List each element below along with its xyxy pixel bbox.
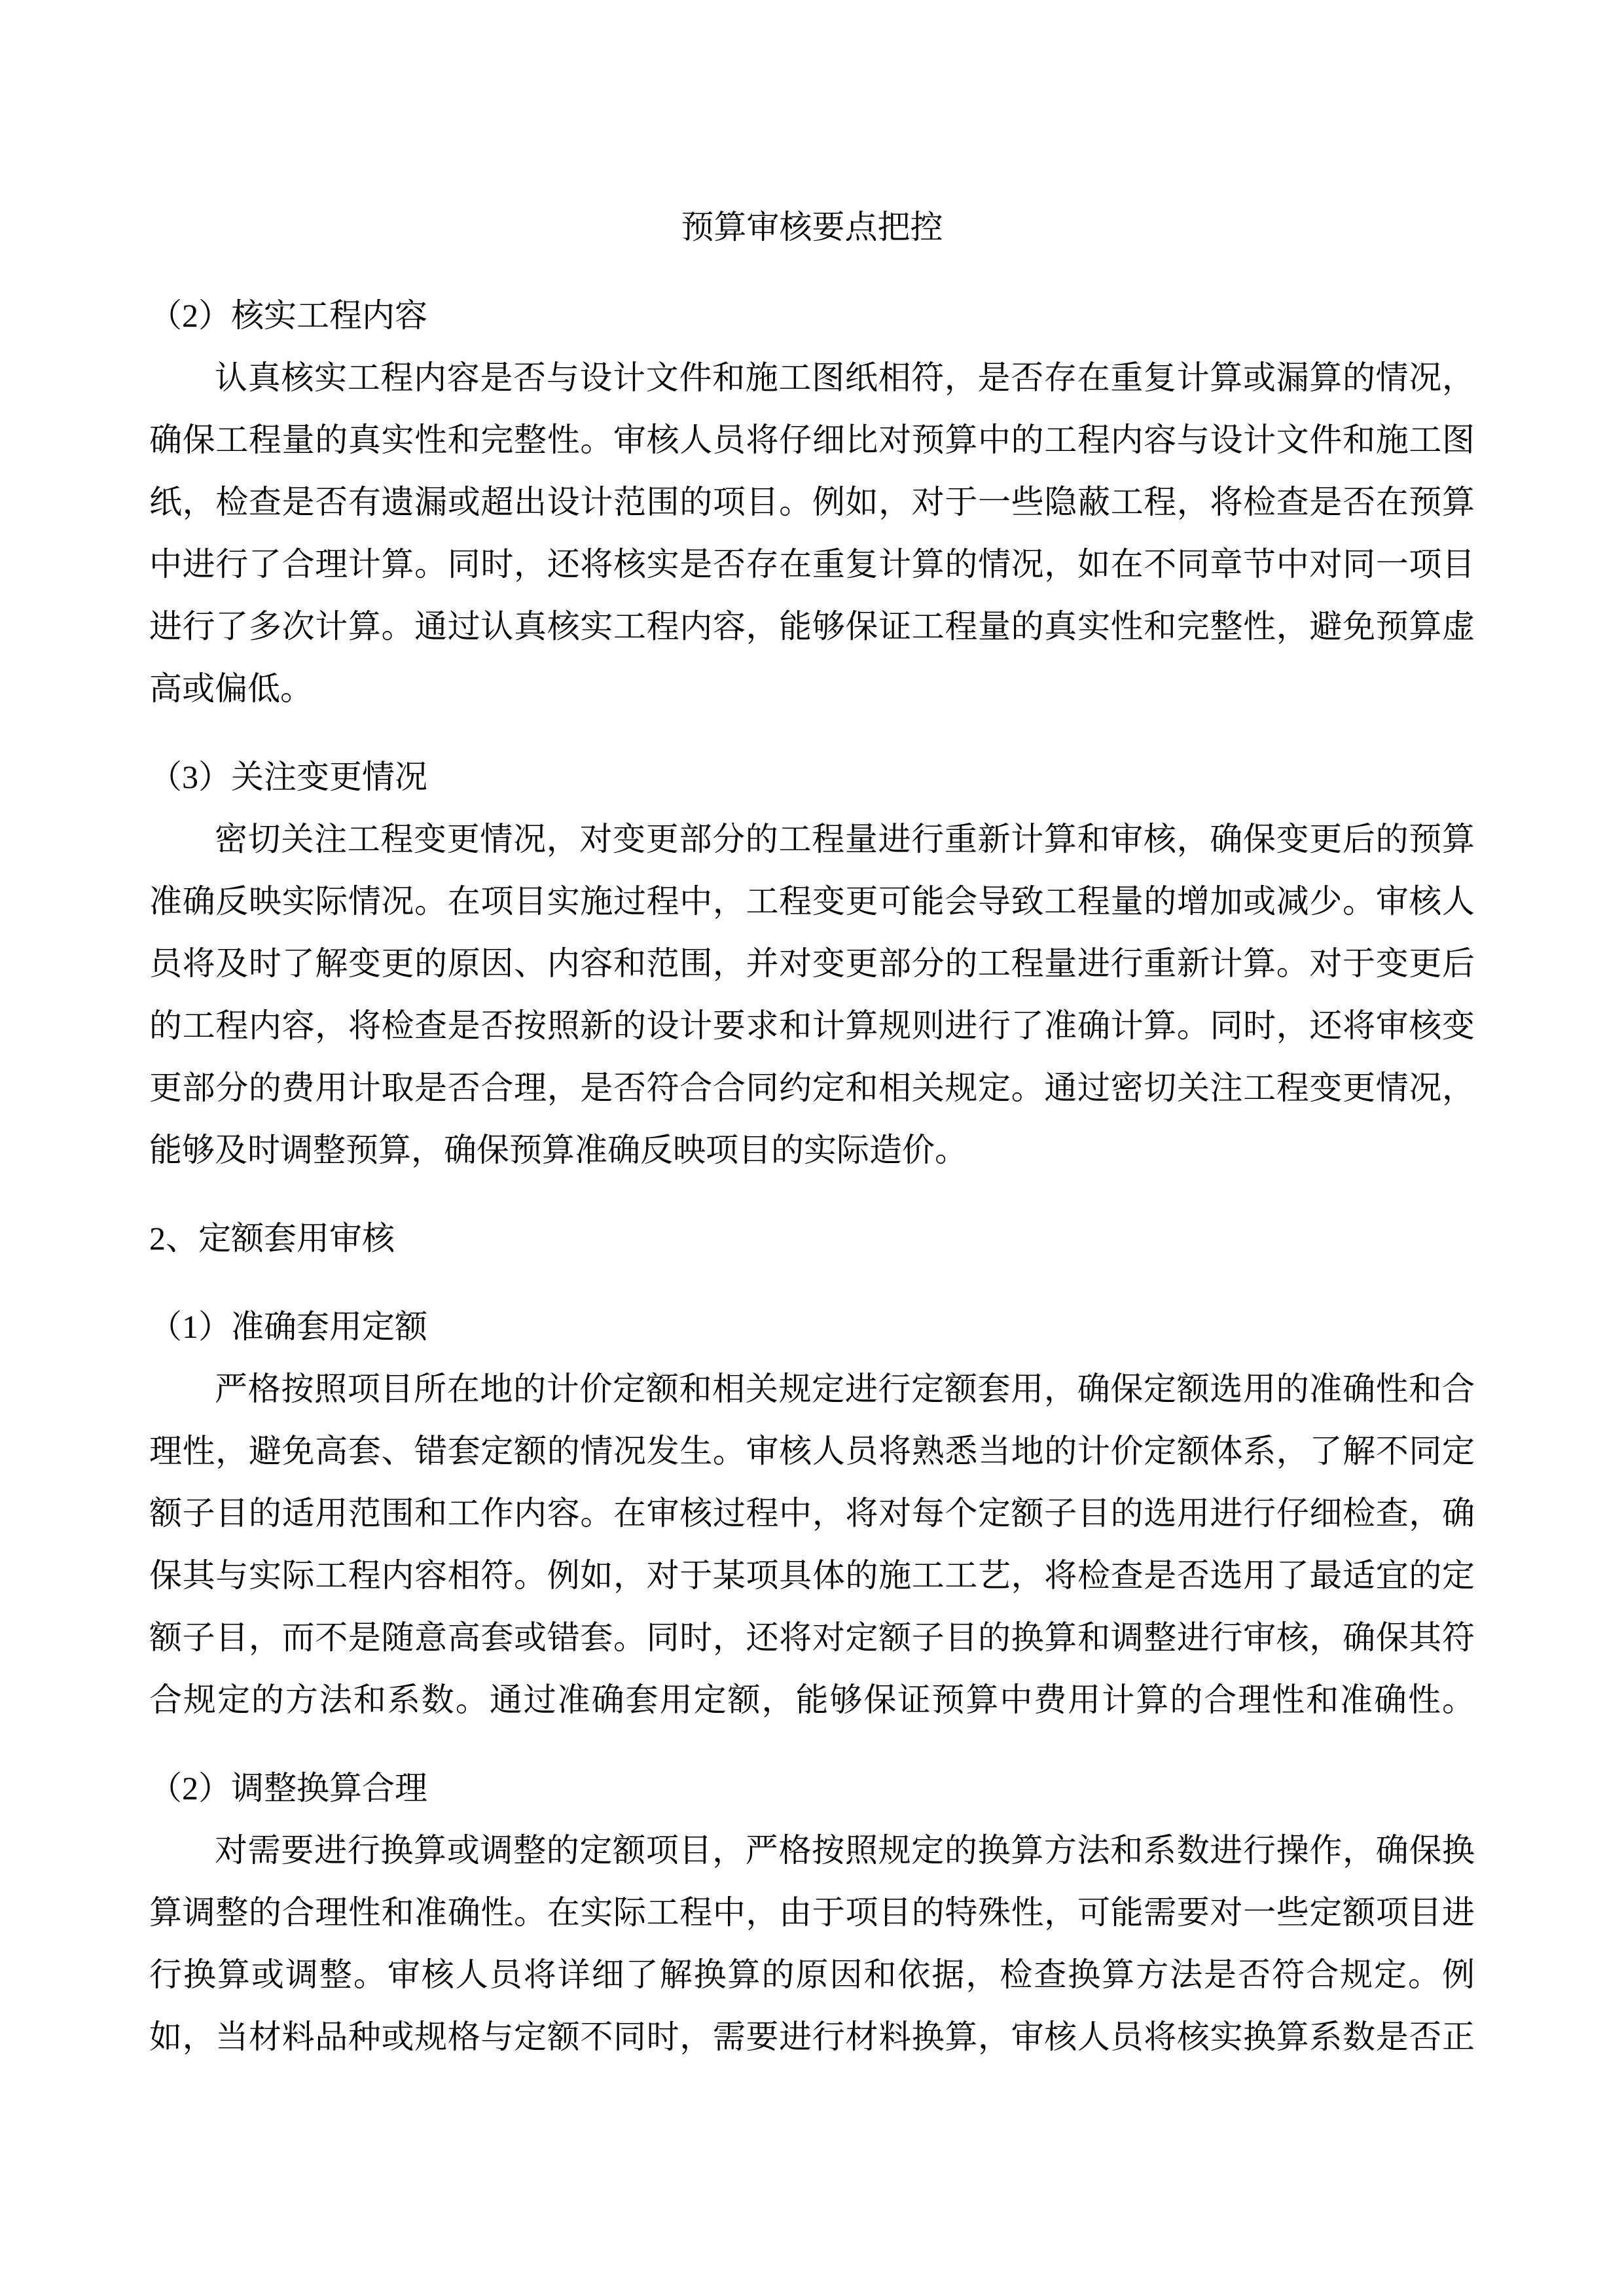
text-line: 能够及时调整预算，确保预算准确反映项目的实际造价。 <box>149 1119 1475 1181</box>
text-line: 高或偏低。 <box>149 658 1475 720</box>
text-line: 确保工程量的真实性和完整性。审核人员将仔细比对预算中的工程内容与设计文件和施工图 <box>149 409 1475 471</box>
text-line: 准确反映实际情况。在项目实施过程中，工程变更可能会导致工程量的增加或减少。审核人 <box>149 870 1475 933</box>
heading-verify-project-content: （2）核实工程内容 <box>149 285 1475 347</box>
text-line: 保其与实际工程内容相符。例如，对于某项具体的施工工艺，将检查是否选用了最适宜的定 <box>149 1545 1475 1607</box>
paragraph-accurate-quota-application: 严格按照项目所在地的计价定额和相关规定进行定额套用，确保定额选用的准确性和合 理… <box>149 1358 1475 1731</box>
text-line: 纸，检查是否有遗漏或超出设计范围的项目。例如，对于一些隐蔽工程，将检查是否在预算 <box>149 471 1475 533</box>
paragraph-reasonable-adjustment-conversion: 对需要进行换算或调整的定额项目，严格按照规定的换算方法和系数进行操作，确保换 算… <box>149 1820 1475 2068</box>
text-line: 认真核实工程内容是否与设计文件和施工图纸相符，是否存在重复计算或漏算的情况， <box>149 347 1475 409</box>
heading-reasonable-adjustment-conversion: （2）调整换算合理 <box>149 1757 1475 1820</box>
text-line: 算调整的合理性和准确性。在实际工程中，由于项目的特殊性，可能需要对一些定额项目进 <box>149 1882 1475 1944</box>
text-line: 合规定的方法和系数。通过准确套用定额，能够保证预算中费用计算的合理性和准确性。 <box>149 1669 1475 1731</box>
text-line: 额子目，而不是随意高套或错套。同时，还将对定额子目的换算和调整进行审核，确保其符 <box>149 1607 1475 1669</box>
text-line: 密切关注工程变更情况，对变更部分的工程量进行重新计算和审核，确保变更后的预算 <box>149 808 1475 870</box>
document-page: 预算审核要点把控 （2）核实工程内容 认真核实工程内容是否与设计文件和施工图纸相… <box>0 0 1624 2296</box>
document-content: 预算审核要点把控 （2）核实工程内容 认真核实工程内容是否与设计文件和施工图纸相… <box>0 0 1624 2068</box>
document-title: 预算审核要点把控 <box>149 196 1475 259</box>
heading-quota-application-review: 2、定额套用审核 <box>149 1208 1475 1270</box>
paragraph-verify-project-content: 认真核实工程内容是否与设计文件和施工图纸相符，是否存在重复计算或漏算的情况， 确… <box>149 347 1475 720</box>
text-line: 行换算或调整。审核人员将详细了解换算的原因和依据，检查换算方法是否符合规定。例 <box>149 1944 1475 2006</box>
text-line: 更部分的费用计取是否合理，是否符合合同约定和相关规定。通过密切关注工程变更情况， <box>149 1057 1475 1119</box>
text-line: 如，当材料品种或规格与定额不同时，需要进行材料换算，审核人员将核实换算系数是否正 <box>149 2006 1475 2068</box>
text-line: 进行了多次计算。通过认真核实工程内容，能够保证工程量的真实性和完整性，避免预算虚 <box>149 596 1475 658</box>
heading-accurate-quota-application: （1）准确套用定额 <box>149 1296 1475 1358</box>
text-line: 对需要进行换算或调整的定额项目，严格按照规定的换算方法和系数进行操作，确保换 <box>149 1820 1475 1882</box>
text-line: 中进行了合理计算。同时，还将核实是否存在重复计算的情况，如在不同章节中对同一项目 <box>149 533 1475 596</box>
text-line: 理性，避免高套、错套定额的情况发生。审核人员将熟悉当地的计价定额体系，了解不同定 <box>149 1420 1475 1482</box>
text-line: 员将及时了解变更的原因、内容和范围，并对变更部分的工程量进行重新计算。对于变更后 <box>149 933 1475 995</box>
paragraph-attend-change-status: 密切关注工程变更情况，对变更部分的工程量进行重新计算和审核，确保变更后的预算 准… <box>149 808 1475 1181</box>
text-line: 严格按照项目所在地的计价定额和相关规定进行定额套用，确保定额选用的准确性和合 <box>149 1358 1475 1420</box>
text-line: 额子目的适用范围和工作内容。在审核过程中，将对每个定额子目的选用进行仔细检查，确 <box>149 1482 1475 1545</box>
heading-attend-change-status: （3）关注变更情况 <box>149 746 1475 808</box>
text-line: 的工程内容，将检查是否按照新的设计要求和计算规则进行了准确计算。同时，还将审核变 <box>149 995 1475 1057</box>
